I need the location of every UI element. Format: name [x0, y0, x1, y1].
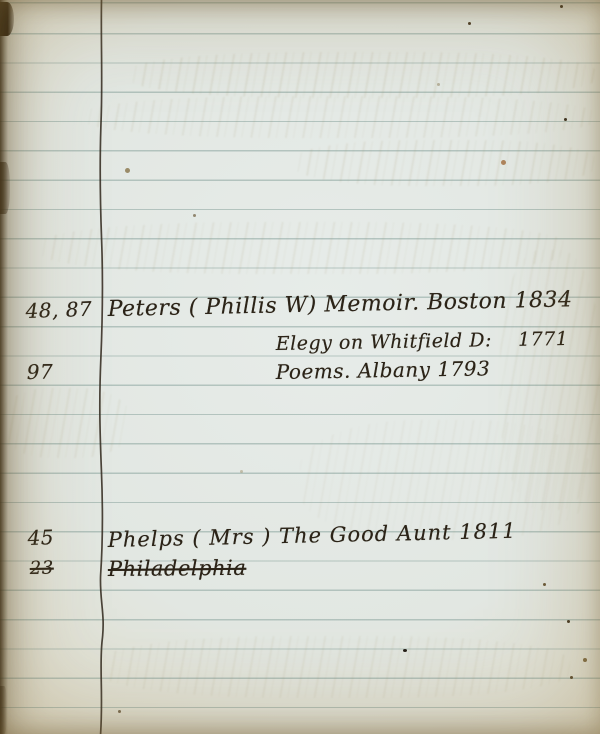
margin-ref: 97 — [27, 360, 54, 384]
binding-gutter-shadow — [0, 0, 8, 734]
foxing-spot — [567, 620, 570, 623]
scanned-ledger-page: 48, 87 97 45 23 Peters ( Phillis W) Memo… — [0, 0, 600, 734]
margin-ref: 48, 87 — [25, 297, 92, 323]
margin-ref: 45 — [27, 525, 54, 550]
foxing-spot — [570, 676, 573, 679]
bleed-through-band — [130, 52, 595, 98]
gutter-ink-mark — [0, 162, 10, 214]
entry-line-elegy-whitfield: Elegy on Whitfield D: 1771 — [276, 328, 569, 355]
entry-line-poems-albany: Poems. Albany 1793 — [276, 356, 491, 384]
foxing-spot — [501, 160, 506, 165]
foxing-spot — [543, 583, 546, 586]
bleed-through-band — [0, 388, 130, 458]
bleed-through-band — [85, 96, 595, 138]
bleed-through-band — [100, 636, 570, 698]
bleed-through-band — [295, 140, 595, 186]
foxing-spot — [583, 658, 587, 662]
foxing-spot — [193, 214, 196, 217]
gutter-ink-mark — [0, 2, 14, 36]
entry-line-peters-memoir: Peters ( Phillis W) Memoir. Boston 1834 — [107, 287, 572, 322]
foxing-spot — [564, 118, 567, 121]
foxing-spot — [118, 710, 121, 713]
margin-ref-struck: 23 — [30, 558, 54, 579]
foxing-spot — [403, 649, 407, 652]
entry-line-philadelphia-struck: Philadelphia — [108, 556, 247, 581]
foxing-spot — [240, 470, 243, 473]
foxing-spot — [437, 83, 440, 86]
foxing-spot — [468, 22, 471, 25]
gutter-ink-mark — [0, 686, 7, 734]
bleed-through-band — [40, 222, 565, 274]
foxing-spot — [125, 168, 130, 173]
entry-line-phelps-good-aunt: Phelps ( Mrs ) The Good Aunt 1811 — [107, 519, 516, 552]
foxing-spot — [560, 5, 563, 8]
